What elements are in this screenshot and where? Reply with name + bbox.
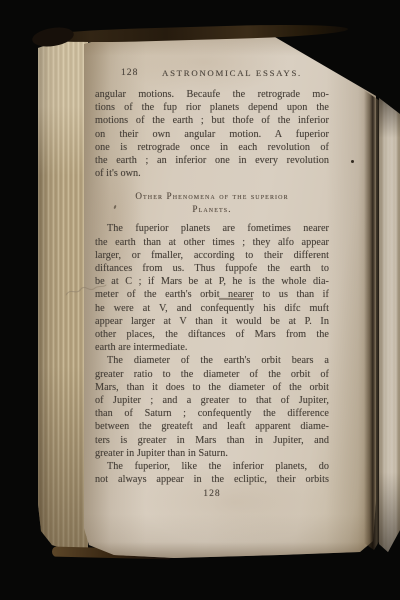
text-line: he were at V, and confequently his difc … bbox=[95, 302, 329, 315]
text-line: between the greateft and leaft apparent … bbox=[95, 420, 329, 433]
text-line: not always appear in the ecliptic, their… bbox=[95, 473, 329, 486]
book-photo: 128 ASTRONOMICAL ESSAYS. angular motions… bbox=[0, 0, 400, 600]
body-text-bottom: The fuperior planets are fometimes neare… bbox=[95, 222, 329, 486]
text-line: than of Saturn ; confequently the differ… bbox=[95, 407, 329, 420]
body-text-top: angular motions. Becaufe the retrograde … bbox=[95, 88, 329, 180]
text-line: one is retrograde once in each revolutio… bbox=[95, 141, 329, 154]
page-number-bottom: 128 bbox=[95, 488, 329, 499]
running-header: 128 ASTRONOMICAL ESSAYS. bbox=[95, 62, 329, 88]
text-line: tions of the fup rior planets depend upo… bbox=[95, 101, 329, 114]
paragraph: angular motions. Becaufe the retrograde … bbox=[95, 88, 329, 180]
text-line: of Jupiter ; and a greater to that of Ju… bbox=[95, 394, 329, 407]
facing-page-edge bbox=[379, 92, 400, 558]
section-heading-line1: Other Phenomena of the superior bbox=[95, 190, 329, 203]
text-line: meter of the earth's orbit nearer to us … bbox=[95, 288, 329, 301]
text-line: The fuperior planets are fometimes neare… bbox=[95, 222, 329, 235]
text-line: the earth than at other times ; they alf… bbox=[95, 236, 329, 249]
text-line: be at C ; if Mars be at P, he is the who… bbox=[95, 275, 329, 288]
text-line: The fuperior, like the inferior planets,… bbox=[95, 460, 329, 473]
section-heading: Other Phenomena of the superior Planets. bbox=[95, 190, 329, 216]
text-line: The diameter of the earth's orbit bears … bbox=[95, 354, 329, 367]
text-line: Mars, than it does to the diameter of th… bbox=[95, 381, 329, 394]
section-heading-line2: Planets. bbox=[95, 203, 329, 216]
text-line: ters is greater in Mars than in Jupiter,… bbox=[95, 434, 329, 447]
running-title: ASTRONOMICAL ESSAYS. bbox=[162, 68, 302, 78]
text-line: earth are intermediate. bbox=[95, 341, 329, 354]
page-number-top: 128 bbox=[121, 67, 138, 78]
text-line: diftances from us. Thus fuppofe the eart… bbox=[95, 262, 329, 275]
text-line: on their own angular motion. A fuperior bbox=[95, 128, 329, 141]
text-line: the earth ; an inferior one in every rev… bbox=[95, 154, 329, 167]
paragraph: The fuperior, like the inferior planets,… bbox=[95, 460, 329, 486]
pencil-underline bbox=[219, 298, 253, 300]
text-line: other places, the diftances of Mars from… bbox=[95, 328, 329, 341]
gutter-crease bbox=[364, 88, 380, 550]
text-block: 128 ASTRONOMICAL ESSAYS. angular motions… bbox=[95, 62, 329, 499]
text-line: motions of the earth ; but thofe of the … bbox=[95, 114, 329, 127]
text-line: angular motions. Becaufe the retrograde … bbox=[95, 88, 329, 101]
text-line: greater in Jupiter than in Saturn. bbox=[95, 447, 329, 460]
text-line: greater ratio to the diameter of the orb… bbox=[95, 368, 329, 381]
ink-dot bbox=[351, 160, 354, 163]
text-line: larger, or fmaller, according to their d… bbox=[95, 249, 329, 262]
paragraph: The fuperior planets are fometimes neare… bbox=[95, 222, 329, 354]
text-line: appear larger at V than it would be at P… bbox=[95, 315, 329, 328]
margin-annotation bbox=[64, 280, 108, 302]
text-line: of it's own. bbox=[95, 167, 329, 180]
paragraph: The diameter of the earth's orbit bears … bbox=[95, 354, 329, 460]
